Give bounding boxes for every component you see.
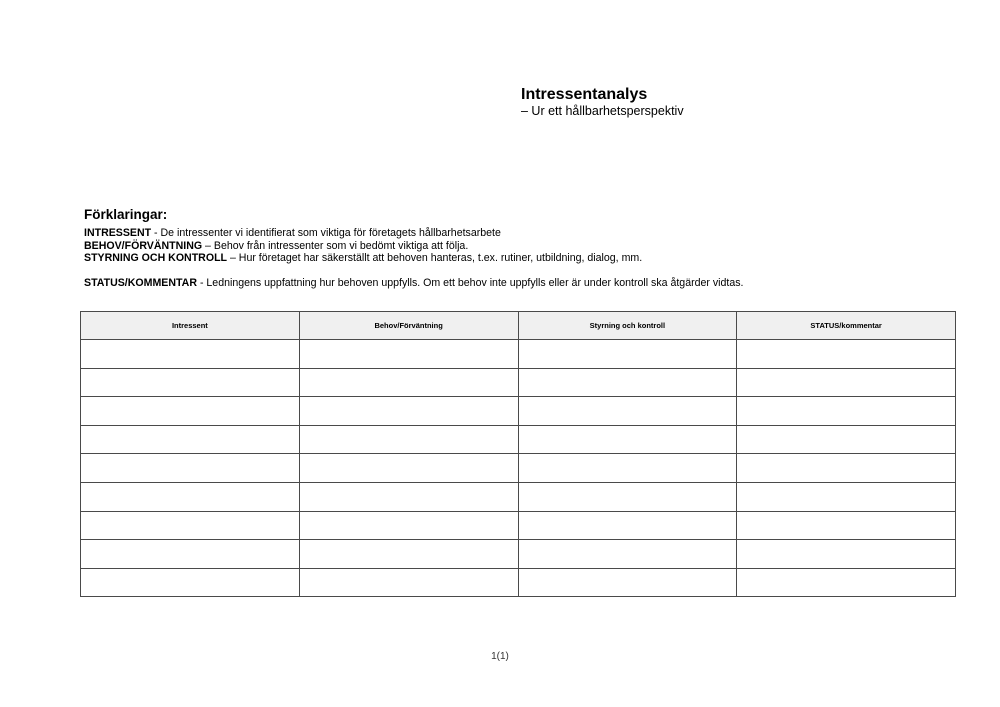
table-cell[interactable] xyxy=(737,368,956,397)
table-cell[interactable] xyxy=(81,540,300,569)
table-cell[interactable] xyxy=(518,368,737,397)
explanation-styrning: STYRNING OCH KONTROLL – Hur företaget ha… xyxy=(84,252,964,265)
table-cell[interactable] xyxy=(518,511,737,540)
page-number: 1(1) xyxy=(0,651,1000,662)
table-cell[interactable] xyxy=(299,540,518,569)
explanation-text: – Hur företaget har säkerställt att beho… xyxy=(227,252,642,264)
explanation-term: INTRESSENT xyxy=(84,227,151,239)
table-header-row: Intressent Behov/Förväntning Styrning oc… xyxy=(81,312,956,340)
table-row xyxy=(81,454,956,483)
explanations-section: Förklaringar: INTRESSENT - De intressent… xyxy=(84,207,964,289)
table-row xyxy=(81,511,956,540)
table-cell[interactable] xyxy=(518,540,737,569)
explanations-heading: Förklaringar: xyxy=(84,207,964,223)
table-cell[interactable] xyxy=(737,425,956,454)
table-row xyxy=(81,568,956,597)
table-cell[interactable] xyxy=(299,340,518,369)
table-cell[interactable] xyxy=(81,454,300,483)
document-title: Intressentanalys xyxy=(521,86,684,104)
table-cell[interactable] xyxy=(299,368,518,397)
table-cell[interactable] xyxy=(299,482,518,511)
table-cell[interactable] xyxy=(518,340,737,369)
table-row xyxy=(81,425,956,454)
table-body xyxy=(81,340,956,597)
explanation-status: STATUS/KOMMENTAR - Ledningens uppfattnin… xyxy=(84,277,964,290)
table-cell[interactable] xyxy=(737,511,956,540)
table-row xyxy=(81,397,956,426)
table-cell[interactable] xyxy=(299,454,518,483)
table-cell[interactable] xyxy=(81,568,300,597)
table-cell[interactable] xyxy=(81,340,300,369)
table-cell[interactable] xyxy=(737,482,956,511)
table-cell[interactable] xyxy=(299,568,518,597)
column-header-behov: Behov/Förväntning xyxy=(299,312,518,340)
table-row xyxy=(81,482,956,511)
table-cell[interactable] xyxy=(737,454,956,483)
table-cell[interactable] xyxy=(518,425,737,454)
column-header-status: STATUS/kommentar xyxy=(737,312,956,340)
table-row xyxy=(81,340,956,369)
explanation-text: - De intressenter vi identifierat som vi… xyxy=(151,227,501,239)
table-cell[interactable] xyxy=(81,482,300,511)
table-cell[interactable] xyxy=(81,397,300,426)
table-cell[interactable] xyxy=(299,511,518,540)
table-cell[interactable] xyxy=(518,397,737,426)
table-cell[interactable] xyxy=(737,568,956,597)
explanation-term: STATUS/KOMMENTAR xyxy=(84,277,197,289)
table-cell[interactable] xyxy=(518,454,737,483)
explanation-text: – Behov från intressenter som vi bedömt … xyxy=(202,240,468,252)
explanation-term: BEHOV/FÖRVÄNTNING xyxy=(84,240,202,252)
table-row xyxy=(81,368,956,397)
table-cell[interactable] xyxy=(81,425,300,454)
explanation-term: STYRNING OCH KONTROLL xyxy=(84,252,227,264)
stakeholder-table: Intressent Behov/Förväntning Styrning oc… xyxy=(80,311,956,597)
table-cell[interactable] xyxy=(299,425,518,454)
title-block: Intressentanalys – Ur ett hållbarhetsper… xyxy=(521,86,684,118)
column-header-intressent: Intressent xyxy=(81,312,300,340)
table-cell[interactable] xyxy=(299,397,518,426)
table-cell[interactable] xyxy=(737,340,956,369)
table-cell[interactable] xyxy=(737,397,956,426)
table-cell[interactable] xyxy=(81,368,300,397)
table-cell[interactable] xyxy=(81,511,300,540)
explanation-intressent: INTRESSENT - De intressenter vi identifi… xyxy=(84,227,964,240)
explanation-text: - Ledningens uppfattning hur behoven upp… xyxy=(197,277,744,289)
document-subtitle: – Ur ett hållbarhetsperspektiv xyxy=(521,104,684,118)
explanation-behov: BEHOV/FÖRVÄNTNING – Behov från intressen… xyxy=(84,240,964,253)
table-row xyxy=(81,540,956,569)
table-cell[interactable] xyxy=(518,568,737,597)
column-header-styrning: Styrning och kontroll xyxy=(518,312,737,340)
table-cell[interactable] xyxy=(518,482,737,511)
table-cell[interactable] xyxy=(737,540,956,569)
